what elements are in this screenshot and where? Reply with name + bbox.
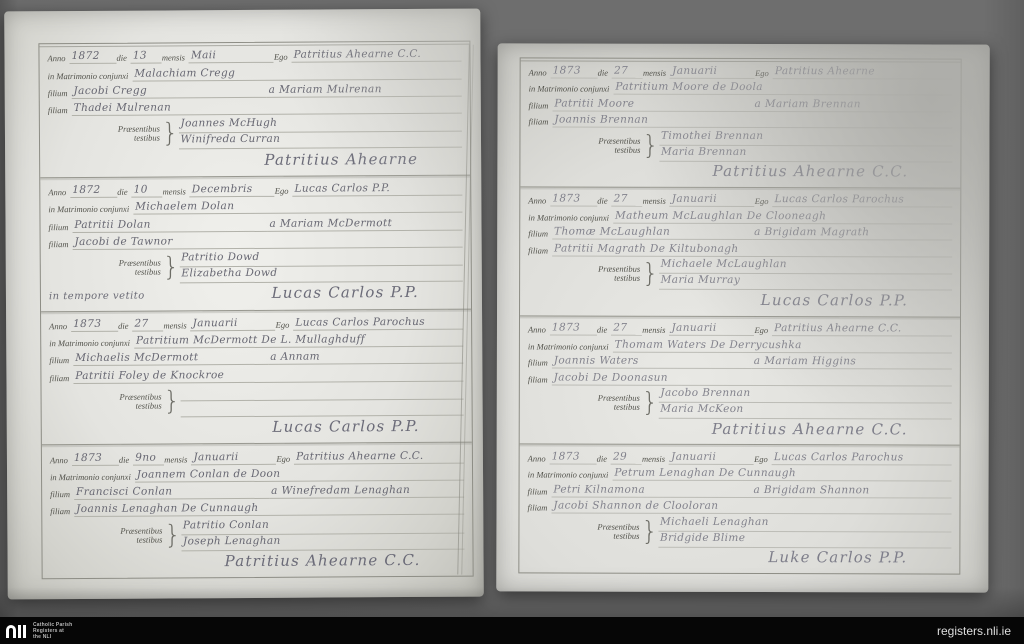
groom-name: Joannem Conlan de Doon	[135, 466, 464, 482]
entry-filiam-row: filiam Jacobi de Tawnor	[49, 231, 463, 250]
footer-site-url: registers.nli.ie	[937, 624, 1024, 638]
anno-value: 1873	[71, 318, 118, 332]
witness-brace: }	[641, 518, 658, 546]
label-testibus: Præsentibus testibus	[48, 118, 162, 151]
marriage-entry: Anno 1873 die 29 mensis Januarii Ego Luc…	[519, 445, 959, 574]
witness-brace: }	[642, 389, 659, 417]
label-die: die	[117, 187, 131, 198]
entry-conjunxi-row: in Matrimonio conjunxi Petrum Lenaghan D…	[528, 465, 952, 482]
witness-2-name: Maria McKeon	[658, 403, 951, 420]
label-testibus: Præsentibus testibus	[50, 519, 164, 552]
mensis-value: Januarii	[191, 450, 276, 465]
die-value: 9no	[133, 451, 164, 465]
nli-logo	[6, 624, 26, 638]
entry-filium-row: filium Francisci Conlan a Winefredam Len…	[50, 482, 464, 501]
entry-filium-row: filium Thomæ McLaughlan a Brigidam Magra…	[528, 224, 952, 241]
label-testibus-word: testibus	[135, 268, 161, 277]
entry-filiam-row: filiam Joannis Brennan	[528, 112, 952, 129]
label-filiam: filiam	[528, 374, 552, 385]
label-die: die	[598, 67, 612, 78]
label-filium: filium	[528, 229, 552, 240]
witness-brace: }	[164, 387, 181, 415]
label-testibus: Præsentibus testibus	[528, 129, 642, 161]
label-conjunxi: in Matrimonio conjunxi	[49, 338, 134, 350]
witness-1-name: Timothei Brennan	[659, 129, 952, 146]
label-mensis: mensis	[643, 67, 670, 78]
priest-name: Lucas Carlos Parochus	[772, 451, 952, 465]
groom-name: Patritium McDermott De L. Mullaghduff	[134, 333, 463, 349]
bride-name: a Brigidam Magrath	[752, 226, 952, 241]
label-ego: Ego	[755, 68, 773, 79]
label-testibus: Præsentibus testibus	[527, 515, 641, 547]
page-left: Anno 1872 die 13 mensis Maii Ego Patriti…	[4, 9, 484, 600]
marriage-entry: Anno 1873 die 27 mensis Januarii Ego Luc…	[520, 187, 960, 317]
entry-signature-row: Patritius Ahearne C.C.	[528, 419, 934, 440]
witness-1-name: Jacobo Brennan	[658, 387, 951, 404]
label-ego: Ego	[754, 454, 772, 465]
priest-signature: Luke Carlos P.P.	[768, 549, 933, 567]
bride-father-name: Thadei Mulrenan	[72, 100, 462, 116]
bride-name: a Mariam Mulrenan	[267, 82, 462, 97]
label-conjunxi: in Matrimonio conjunxi	[528, 470, 613, 481]
label-die: die	[118, 320, 132, 331]
witness-2-name: Maria Murray	[659, 274, 952, 291]
witness-1-name: Joannes McHugh	[178, 116, 462, 134]
anno-value: 1873	[550, 193, 597, 207]
marriage-entry: Anno 1873 die 9no mensis Januarii Ego Pa…	[42, 443, 473, 578]
entry-conjunxi-row: in Matrimonio conjunxi Malachiam Cregg	[48, 63, 462, 82]
label-mensis: mensis	[164, 454, 191, 465]
entry-date-row: Anno 1872 die 10 mensis Decembris Ego Lu…	[48, 180, 462, 199]
die-value: 10	[132, 183, 163, 197]
mensis-value: Januarii	[669, 451, 754, 465]
witnesses-block: Præsentibus testibus } Patritio Conlan J…	[50, 517, 464, 552]
witnesses-block: Præsentibus testibus } Michaeli Lenaghan…	[527, 515, 951, 548]
label-anno: Anno	[50, 455, 72, 466]
label-testibus: Præsentibus testibus	[528, 258, 642, 290]
groom-name: Matheum McLaughlan De Clooneagh	[613, 209, 952, 224]
label-mensis: mensis	[642, 325, 669, 336]
priest-name: Lucas Carlos Parochus	[772, 193, 952, 207]
mensis-value: Januarii	[670, 193, 755, 207]
bride-name: a Brigidam Shannon	[751, 484, 951, 499]
entry-conjunxi-row: in Matrimonio conjunxi Patritium McDermo…	[49, 331, 463, 350]
groom-name: Patritium Moore de Doola	[613, 81, 952, 96]
die-value: 13	[131, 50, 162, 64]
witness-lines: Joannes McHugh Winifreda Curran	[178, 116, 462, 150]
witness-brace: }	[164, 521, 181, 549]
priest-signature: Patritius Ahearne C.C.	[712, 420, 934, 439]
priest-signature: Lucas Carlos P.P.	[272, 417, 445, 436]
entry-signature-row: Lucas Carlos P.P.	[50, 417, 446, 439]
mensis-value: Januarii	[191, 317, 276, 332]
entry-signature-row: Patritius Ahearne C.C.	[51, 551, 447, 573]
label-ego: Ego	[276, 319, 294, 330]
label-conjunxi: in Matrimonio conjunxi	[528, 341, 613, 352]
entry-date-row: Anno 1873 die 9no mensis Januarii Ego Pa…	[50, 447, 464, 466]
entry-date-row: Anno 1873 die 27 mensis Januarii Ego Luc…	[49, 313, 463, 332]
witnesses-block: Præsentibus testibus } Jacobo Brennan Ma…	[528, 387, 952, 420]
groom-father-name: Thomæ McLaughlan	[552, 226, 752, 241]
bride-father-name: Jacobi Shannon de Clooloran	[551, 500, 951, 515]
label-mensis: mensis	[162, 53, 189, 64]
priest-signature: Patritius Ahearne C.C.	[225, 551, 447, 570]
priest-name: Patritius Ahearne	[773, 65, 953, 79]
label-filium: filium	[528, 358, 552, 369]
groom-father-name: Patritii Moore	[552, 97, 752, 112]
entry-signature-row: Patritius Ahearne C.C.	[528, 162, 934, 183]
entry-signature-row: in tempore vetito Lucas Carlos P.P.	[49, 283, 445, 305]
groom-father-name: Michaelis McDermott	[73, 351, 268, 366]
priest-name: Lucas Carlos Parochus	[293, 315, 463, 330]
witness-lines: Timothei Brennan Maria Brennan	[659, 129, 953, 162]
label-anno: Anno	[49, 321, 71, 332]
bride-name: a Mariam Brennan	[752, 98, 952, 113]
label-testibus-word: testibus	[614, 403, 640, 412]
mensis-value: Januarii	[670, 64, 755, 78]
entry-filium-row: filium Joannis Waters a Mariam Higgins	[528, 353, 952, 370]
witness-lines: Patritio Dowd Elizabetha Dowd	[179, 250, 463, 284]
witnesses-block: Præsentibus testibus } Joannes McHugh Wi…	[48, 116, 462, 151]
entry-filium-row: filium Michaelis McDermott a Annam	[49, 348, 463, 367]
page-right: Anno 1873 die 27 mensis Januarii Ego Pat…	[496, 43, 989, 592]
mensis-value: Januarii	[669, 322, 754, 336]
nli-logo-bar-icon	[23, 625, 26, 638]
entry-conjunxi-row: in Matrimonio conjunxi Thomam Waters De …	[528, 336, 952, 353]
entry-filium-row: filium Petri Kilnamona a Brigidam Shanno…	[528, 481, 952, 498]
witness-1-name: Michaeli Lenaghan	[658, 516, 951, 533]
label-anno: Anno	[48, 187, 70, 198]
label-filiam: filiam	[527, 503, 551, 514]
groom-father-name: Joannis Waters	[552, 355, 752, 370]
bride-name: a Mariam McDermott	[267, 216, 462, 231]
bride-name: a Mariam Higgins	[752, 355, 952, 370]
marriage-entry: Anno 1873 die 27 mensis Januarii Ego Pat…	[520, 58, 960, 188]
witness-lines	[180, 383, 464, 417]
nli-logo-caption: Catholic Parish Registers at the NLI	[33, 622, 72, 640]
witness-lines: Michaele McLaughlan Maria Murray	[659, 258, 953, 291]
label-testibus: Præsentibus testibus	[49, 251, 163, 284]
label-conjunxi: in Matrimonio conjunxi	[48, 204, 133, 216]
groom-father-name: Francisci Conlan	[74, 485, 269, 500]
entry-filiam-row: filiam Thadei Mulrenan	[48, 98, 462, 117]
witness-1-name	[180, 383, 464, 401]
label-testibus-word: testibus	[136, 401, 162, 410]
label-ego: Ego	[274, 52, 292, 63]
label-die: die	[116, 53, 130, 64]
priest-name: Lucas Carlos P.P.	[292, 182, 462, 197]
bride-name: a Annam	[268, 350, 463, 365]
entry-filium-row: filium Patritii Dolan a Mariam McDermott	[48, 214, 462, 233]
entry-date-row: Anno 1873 die 29 mensis Januarii Ego Luc…	[528, 448, 952, 465]
anno-value: 1873	[550, 322, 597, 336]
groom-father-name: Patritii Dolan	[72, 217, 267, 232]
witness-1-name: Michaele McLaughlan	[659, 258, 952, 275]
label-ego: Ego	[275, 186, 293, 197]
label-filiam: filiam	[528, 117, 552, 128]
bride-father-name: Patritii Foley de Knockroe	[73, 367, 463, 383]
witness-lines: Jacobo Brennan Maria McKeon	[658, 387, 952, 420]
label-filiam: filiam	[49, 373, 73, 384]
nli-caption-line: the NLI	[33, 634, 72, 640]
label-filium: filium	[528, 486, 552, 497]
label-conjunxi: in Matrimonio conjunxi	[529, 84, 614, 95]
witness-brace: }	[163, 253, 180, 281]
footer-bar: Catholic Parish Registers at the NLI reg…	[0, 617, 1024, 644]
label-filium: filium	[49, 355, 73, 366]
priest-signature: Patritius Ahearne	[264, 149, 444, 168]
label-filium: filium	[48, 222, 72, 233]
label-die: die	[597, 196, 611, 207]
label-ego: Ego	[755, 196, 773, 207]
label-filiam: filiam	[528, 245, 552, 256]
marriage-entry: Anno 1873 die 27 mensis Januarii Ego Luc…	[41, 309, 472, 445]
witness-brace: }	[162, 120, 179, 148]
entry-filiam-row: filiam Patritii Magrath De Kiltubonagh	[528, 240, 952, 257]
nli-logo-arch-icon	[6, 625, 16, 638]
label-anno: Anno	[529, 67, 551, 78]
nli-logo-bar-icon	[18, 625, 21, 638]
entry-signature-row: Lucas Carlos P.P.	[528, 290, 934, 311]
label-testibus: Præsentibus testibus	[528, 387, 642, 419]
entry-conjunxi-row: in Matrimonio conjunxi Michaelem Dolan	[48, 197, 462, 216]
anno-value: 1872	[69, 50, 116, 64]
witness-2-name: Winifreda Curran	[179, 132, 463, 150]
entry-filiam-row: filiam Patritii Foley de Knockroe	[49, 365, 463, 384]
label-anno: Anno	[47, 53, 69, 64]
witness-1-name: Patritio Dowd	[179, 250, 463, 268]
groom-father-name: Petri Kilnamona	[551, 483, 751, 498]
label-testibus: Præsentibus testibus	[49, 385, 163, 418]
priest-signature: Lucas Carlos P.P.	[272, 283, 445, 302]
witness-brace: }	[642, 131, 659, 159]
label-anno: Anno	[528, 453, 550, 464]
label-die: die	[597, 325, 611, 336]
groom-name: Petrum Lenaghan De Cunnaugh	[612, 467, 951, 482]
marriage-entry: Anno 1873 die 27 mensis Januarii Ego Pat…	[520, 316, 960, 446]
witness-2-name: Maria Brennan	[659, 145, 952, 162]
die-value: 27	[611, 322, 642, 336]
label-testibus-word: testibus	[614, 274, 640, 283]
witness-lines: Michaeli Lenaghan Bridgide Blime	[658, 516, 952, 549]
label-filiam: filiam	[50, 506, 74, 517]
entry-filium-row: filium Jacobi Cregg a Mariam Mulrenan	[48, 80, 462, 99]
anno-value: 1873	[72, 451, 119, 465]
register-scan: Anno 1872 die 13 mensis Maii Ego Patriti…	[0, 0, 1024, 644]
marriage-entry: Anno 1872 die 13 mensis Maii Ego Patriti…	[39, 42, 470, 178]
entry-filiam-row: filiam Jacobi De Doonasun	[528, 369, 952, 386]
witness-2-name: Joseph Lenaghan	[181, 533, 465, 551]
bride-father-name: Patritii Magrath De Kiltubonagh	[552, 242, 952, 257]
label-die: die	[597, 453, 611, 464]
entry-conjunxi-row: in Matrimonio conjunxi Joannem Conlan de…	[50, 464, 464, 483]
label-mensis: mensis	[642, 454, 669, 465]
witness-brace: }	[642, 260, 659, 288]
label-mensis: mensis	[163, 186, 190, 197]
entry-date-row: Anno 1873 die 27 mensis Januarii Ego Luc…	[528, 191, 952, 208]
entry-signature-row: Luke Carlos P.P.	[527, 548, 933, 569]
witnesses-block: Præsentibus testibus } Timothei Brennan …	[528, 129, 952, 162]
die-value: 27	[132, 317, 163, 331]
page-right-frame: Anno 1873 die 27 mensis Januarii Ego Pat…	[518, 57, 961, 574]
groom-father-name: Jacobi Cregg	[72, 84, 267, 99]
label-testibus-word: testibus	[613, 532, 639, 541]
entry-date-row: Anno 1873 die 27 mensis Januarii Ego Pat…	[528, 319, 952, 336]
label-die: die	[119, 454, 133, 465]
label-filium: filium	[529, 100, 553, 111]
priest-signature: Lucas Carlos P.P.	[761, 291, 934, 309]
label-anno: Anno	[528, 324, 550, 335]
anno-value: 1873	[550, 450, 597, 464]
label-testibus-word: testibus	[136, 535, 162, 544]
groom-name: Malachiam Cregg	[132, 65, 461, 81]
entry-filium-row: filium Patritii Moore a Mariam Brennan	[529, 95, 953, 112]
die-value: 27	[612, 193, 643, 207]
bride-father-name: Jacobi De Doonasun	[552, 371, 952, 386]
entry-date-row: Anno 1872 die 13 mensis Maii Ego Patriti…	[47, 46, 461, 65]
label-mensis: mensis	[163, 320, 190, 331]
entry-filiam-row: filiam Jacobi Shannon de Clooloran	[527, 498, 951, 515]
witness-2-name	[180, 399, 464, 417]
marriage-entry: Anno 1872 die 10 mensis Decembris Ego Lu…	[40, 175, 471, 311]
witness-1-name: Patritio Conlan	[181, 517, 465, 535]
bride-father-name: Joannis Lenaghan De Cunnaugh	[74, 501, 464, 517]
label-conjunxi: in Matrimonio conjunxi	[48, 70, 133, 82]
label-conjunxi: in Matrimonio conjunxi	[528, 212, 613, 223]
label-testibus-word: testibus	[134, 134, 160, 143]
priest-name: Patritius Ahearne C.C.	[294, 449, 464, 464]
label-testibus-word: testibus	[614, 145, 640, 154]
entry-conjunxi-row: in Matrimonio conjunxi Patritium Moore d…	[529, 79, 953, 96]
label-filium: filium	[48, 88, 72, 99]
entry-filiam-row: filiam Joannis Lenaghan De Cunnaugh	[50, 499, 464, 518]
mensis-value: Maii	[189, 49, 274, 64]
entry-signature-row: Patritius Ahearne	[48, 149, 444, 171]
priest-name: Patritius Ahearne C.C.	[772, 322, 952, 336]
entry-conjunxi-row: in Matrimonio conjunxi Matheum McLaughla…	[528, 207, 952, 224]
witnesses-block: Præsentibus testibus }	[49, 383, 463, 418]
die-value: 29	[611, 450, 642, 464]
anno-value: 1873	[551, 64, 598, 78]
witness-2-name: Elizabetha Dowd	[179, 266, 463, 284]
page-left-frame: Anno 1872 die 13 mensis Maii Ego Patriti…	[38, 41, 473, 580]
mensis-value: Decembris	[190, 183, 275, 198]
priest-name: Patritius Ahearne C.C.	[292, 48, 462, 63]
priest-signature: Patritius Ahearne C.C.	[712, 162, 934, 181]
anno-value: 1872	[70, 184, 117, 198]
entry-note: in tempore vetito	[49, 291, 145, 303]
bride-father-name: Joannis Brennan	[552, 114, 952, 129]
label-anno: Anno	[528, 196, 550, 207]
witness-2-name: Bridgide Blime	[658, 532, 951, 549]
entry-date-row: Anno 1873 die 27 mensis Januarii Ego Pat…	[529, 62, 953, 79]
witness-lines: Patritio Conlan Joseph Lenaghan	[181, 517, 465, 551]
bride-father-name: Jacobi de Tawnor	[72, 233, 462, 249]
label-conjunxi: in Matrimonio conjunxi	[50, 471, 135, 483]
label-ego: Ego	[276, 453, 294, 464]
label-mensis: mensis	[643, 196, 670, 207]
groom-name: Thomam Waters De Derrycushka	[613, 338, 952, 353]
label-filium: filium	[50, 489, 74, 500]
groom-name: Michaelem Dolan	[133, 199, 462, 215]
die-value: 27	[612, 64, 643, 78]
bride-name: a Winefredam Lenaghan	[269, 484, 464, 499]
witnesses-block: Præsentibus testibus } Michaele McLaughl…	[528, 258, 952, 291]
label-filiam: filiam	[49, 239, 73, 250]
witnesses-block: Præsentibus testibus } Patritio Dowd Eli…	[49, 250, 463, 285]
label-filiam: filiam	[48, 105, 72, 116]
label-ego: Ego	[754, 325, 772, 336]
